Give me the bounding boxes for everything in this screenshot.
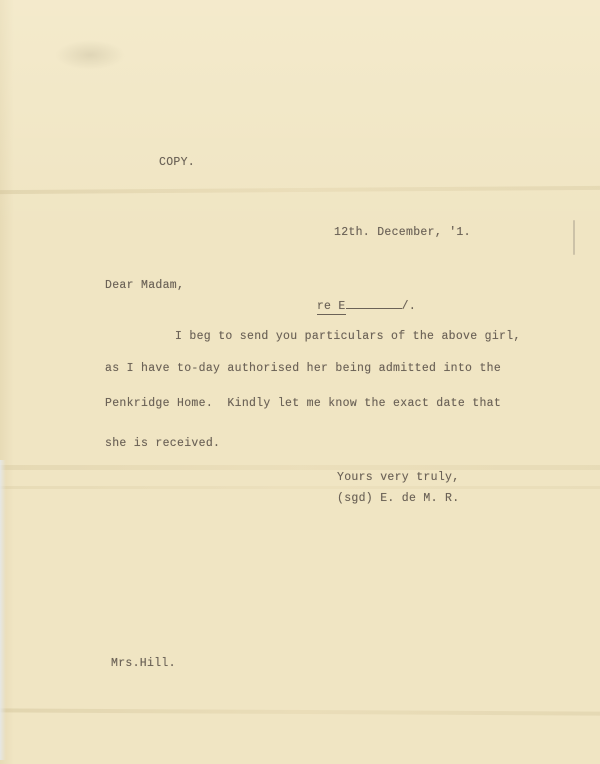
reference-line: re E/. (288, 285, 416, 326)
reference-suffix: /. (402, 300, 416, 313)
letter-page: COPY. 12th. December, '1. Dear Madam, re… (0, 0, 600, 764)
closing: Yours very truly, (337, 471, 459, 484)
fold-crease (0, 708, 600, 715)
torn-edge (0, 460, 6, 760)
paper-stain (55, 40, 125, 70)
signature: (sgd) E. de M. R. (337, 492, 459, 505)
copy-label: COPY. (159, 156, 195, 169)
pencil-mark (573, 220, 575, 255)
body-line: Penkridge Home. Kindly let me know the e… (105, 397, 501, 410)
fold-crease (0, 465, 600, 470)
fold-crease (0, 186, 600, 194)
reference-prefix: re E (317, 300, 346, 315)
salutation: Dear Madam, (105, 279, 184, 292)
reference-blank (346, 298, 402, 309)
recipient: Mrs.Hill. (111, 657, 176, 670)
letter-date: 12th. December, '1. (334, 226, 471, 239)
fold-crease (0, 486, 600, 489)
body-line: as I have to-day authorised her being ad… (105, 362, 501, 375)
body-line: she is received. (105, 437, 220, 450)
body-line: I beg to send you particulars of the abo… (175, 330, 521, 343)
